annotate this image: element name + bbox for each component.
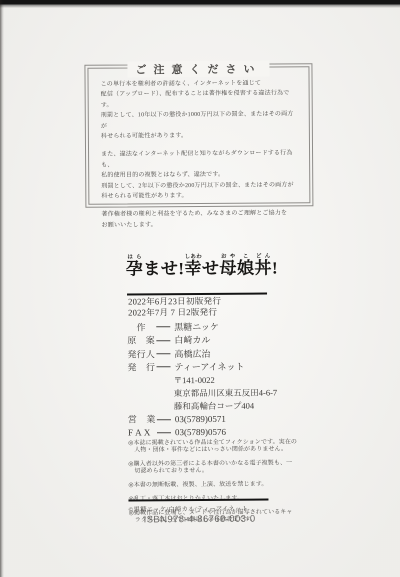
title-furigana: はら xyxy=(126,254,144,260)
notice-paragraph-upload: この単行本を権利者の許諾なく、インターネットを通じて 配信（アップロード）、配布… xyxy=(101,78,298,142)
credit-value: 黒糖ニッケ xyxy=(174,322,219,332)
credit-label: 発行人 xyxy=(127,348,156,361)
note-no-reproduction: ◎本書の無断転載、複製、上演、放送を禁じます。 xyxy=(128,481,297,489)
title-seg: 幸 xyxy=(184,259,202,278)
credit-label: 原 案 xyxy=(127,335,156,348)
title-furigana: おや xyxy=(219,254,237,260)
edition-first-printing: 2022年6月23日初版発行 xyxy=(128,296,221,307)
credit-value: 高橋広治 xyxy=(174,349,210,359)
credit-label: 発 行 xyxy=(127,361,156,374)
copyright-line: ©黒糖ニッケ/白崎カル/ティーアイネット xyxy=(128,504,248,514)
title-seg: 母 xyxy=(219,259,237,278)
credit-row-original: 原 案白崎カル xyxy=(127,334,277,348)
title-seg: ! xyxy=(272,258,278,277)
title-furigana: どん xyxy=(254,253,272,259)
postal-code: 〒141-0022 xyxy=(174,374,278,388)
edition-dates: 2022年6月23日初版発行 2022年7月 7 日2版発行 xyxy=(128,296,221,318)
isbn-number: ISBN978-4-86760-003-0 xyxy=(129,514,271,526)
leader-line xyxy=(156,353,170,354)
note-fiction-disclaimer: ◎本誌に掲載されている作品は全てフィクションです。実在の 人物・団体・事件などに… xyxy=(128,439,297,454)
contact-value: 03(5789)0571 xyxy=(175,414,226,424)
notice-paragraph-request: 著作権者様の権利と利益を守るため、みなさまのご理解とご協力を お願いいたします。 xyxy=(101,209,298,231)
credit-value: 白崎カル xyxy=(174,335,210,345)
scan-edge-top xyxy=(0,0,400,8)
address-line: 東京都品川区東五反田4-6-7 xyxy=(174,387,278,401)
contact-row-sales: 営 業03(5789)0571 xyxy=(128,413,278,427)
page-content: ご注意ください この単行本を権利者の許諾なく、インターネットを通じて 配信（アッ… xyxy=(0,0,400,577)
colophon-credits: 作黒糖ニッケ 原 案白崎カル 発行人高橋広治 発 行ティーアイネット 〒141-… xyxy=(127,320,277,440)
publisher-address: 〒141-0022 東京都品川区東五反田4-6-7 藤和高輪台コープ404 xyxy=(174,374,278,414)
credit-row-publisher-company: 発 行ティーアイネット xyxy=(127,360,277,374)
title-seg: せ xyxy=(202,259,220,278)
credit-label: 作 xyxy=(127,321,156,334)
book-title: 孕はらませ!幸しあわせ母おや娘こ丼どん! xyxy=(126,253,279,279)
edition-second-printing: 2022年7月 7 日2版発行 xyxy=(128,306,221,317)
scanned-colophon-page: ご注意ください この単行本を権利者の許諾なく、インターネットを通じて 配信（アッ… xyxy=(0,0,400,577)
leader-line xyxy=(157,419,171,420)
leader-line xyxy=(156,340,170,341)
title-seg: 娘 xyxy=(237,259,255,278)
contact-label: 営 業 xyxy=(128,413,157,426)
note-digital-copy: ◎購入者以外の第三者による本書のいかなる電子複製も、一 切認められておりません。 xyxy=(128,460,297,475)
copyright-warning-box: ご注意ください この単行本を権利者の許諾なく、インターネットを通じて 配信（アッ… xyxy=(84,63,313,208)
leader-line xyxy=(157,367,171,368)
title-seg: ませ! xyxy=(143,259,184,278)
credit-row-author: 作黒糖ニッケ xyxy=(127,320,277,334)
address-line: 藤和高輪台コープ404 xyxy=(174,400,278,414)
title-furigana: しあわ xyxy=(184,254,202,260)
title-furigana: こ xyxy=(237,254,255,260)
credit-value: ティーアイネット xyxy=(175,362,245,372)
scan-edge-left xyxy=(0,0,4,577)
credit-row-publisher-person: 発行人高橋広治 xyxy=(127,347,277,361)
notice-paragraph-download: また、違法なインターネット配信と知りながらダウンロードする行為も、 私的使用目的… xyxy=(101,149,298,202)
title-seg: 孕 xyxy=(126,259,144,278)
leader-line xyxy=(156,327,170,328)
title-seg: 丼 xyxy=(254,258,272,277)
notice-title: ご注意ください xyxy=(127,61,269,78)
